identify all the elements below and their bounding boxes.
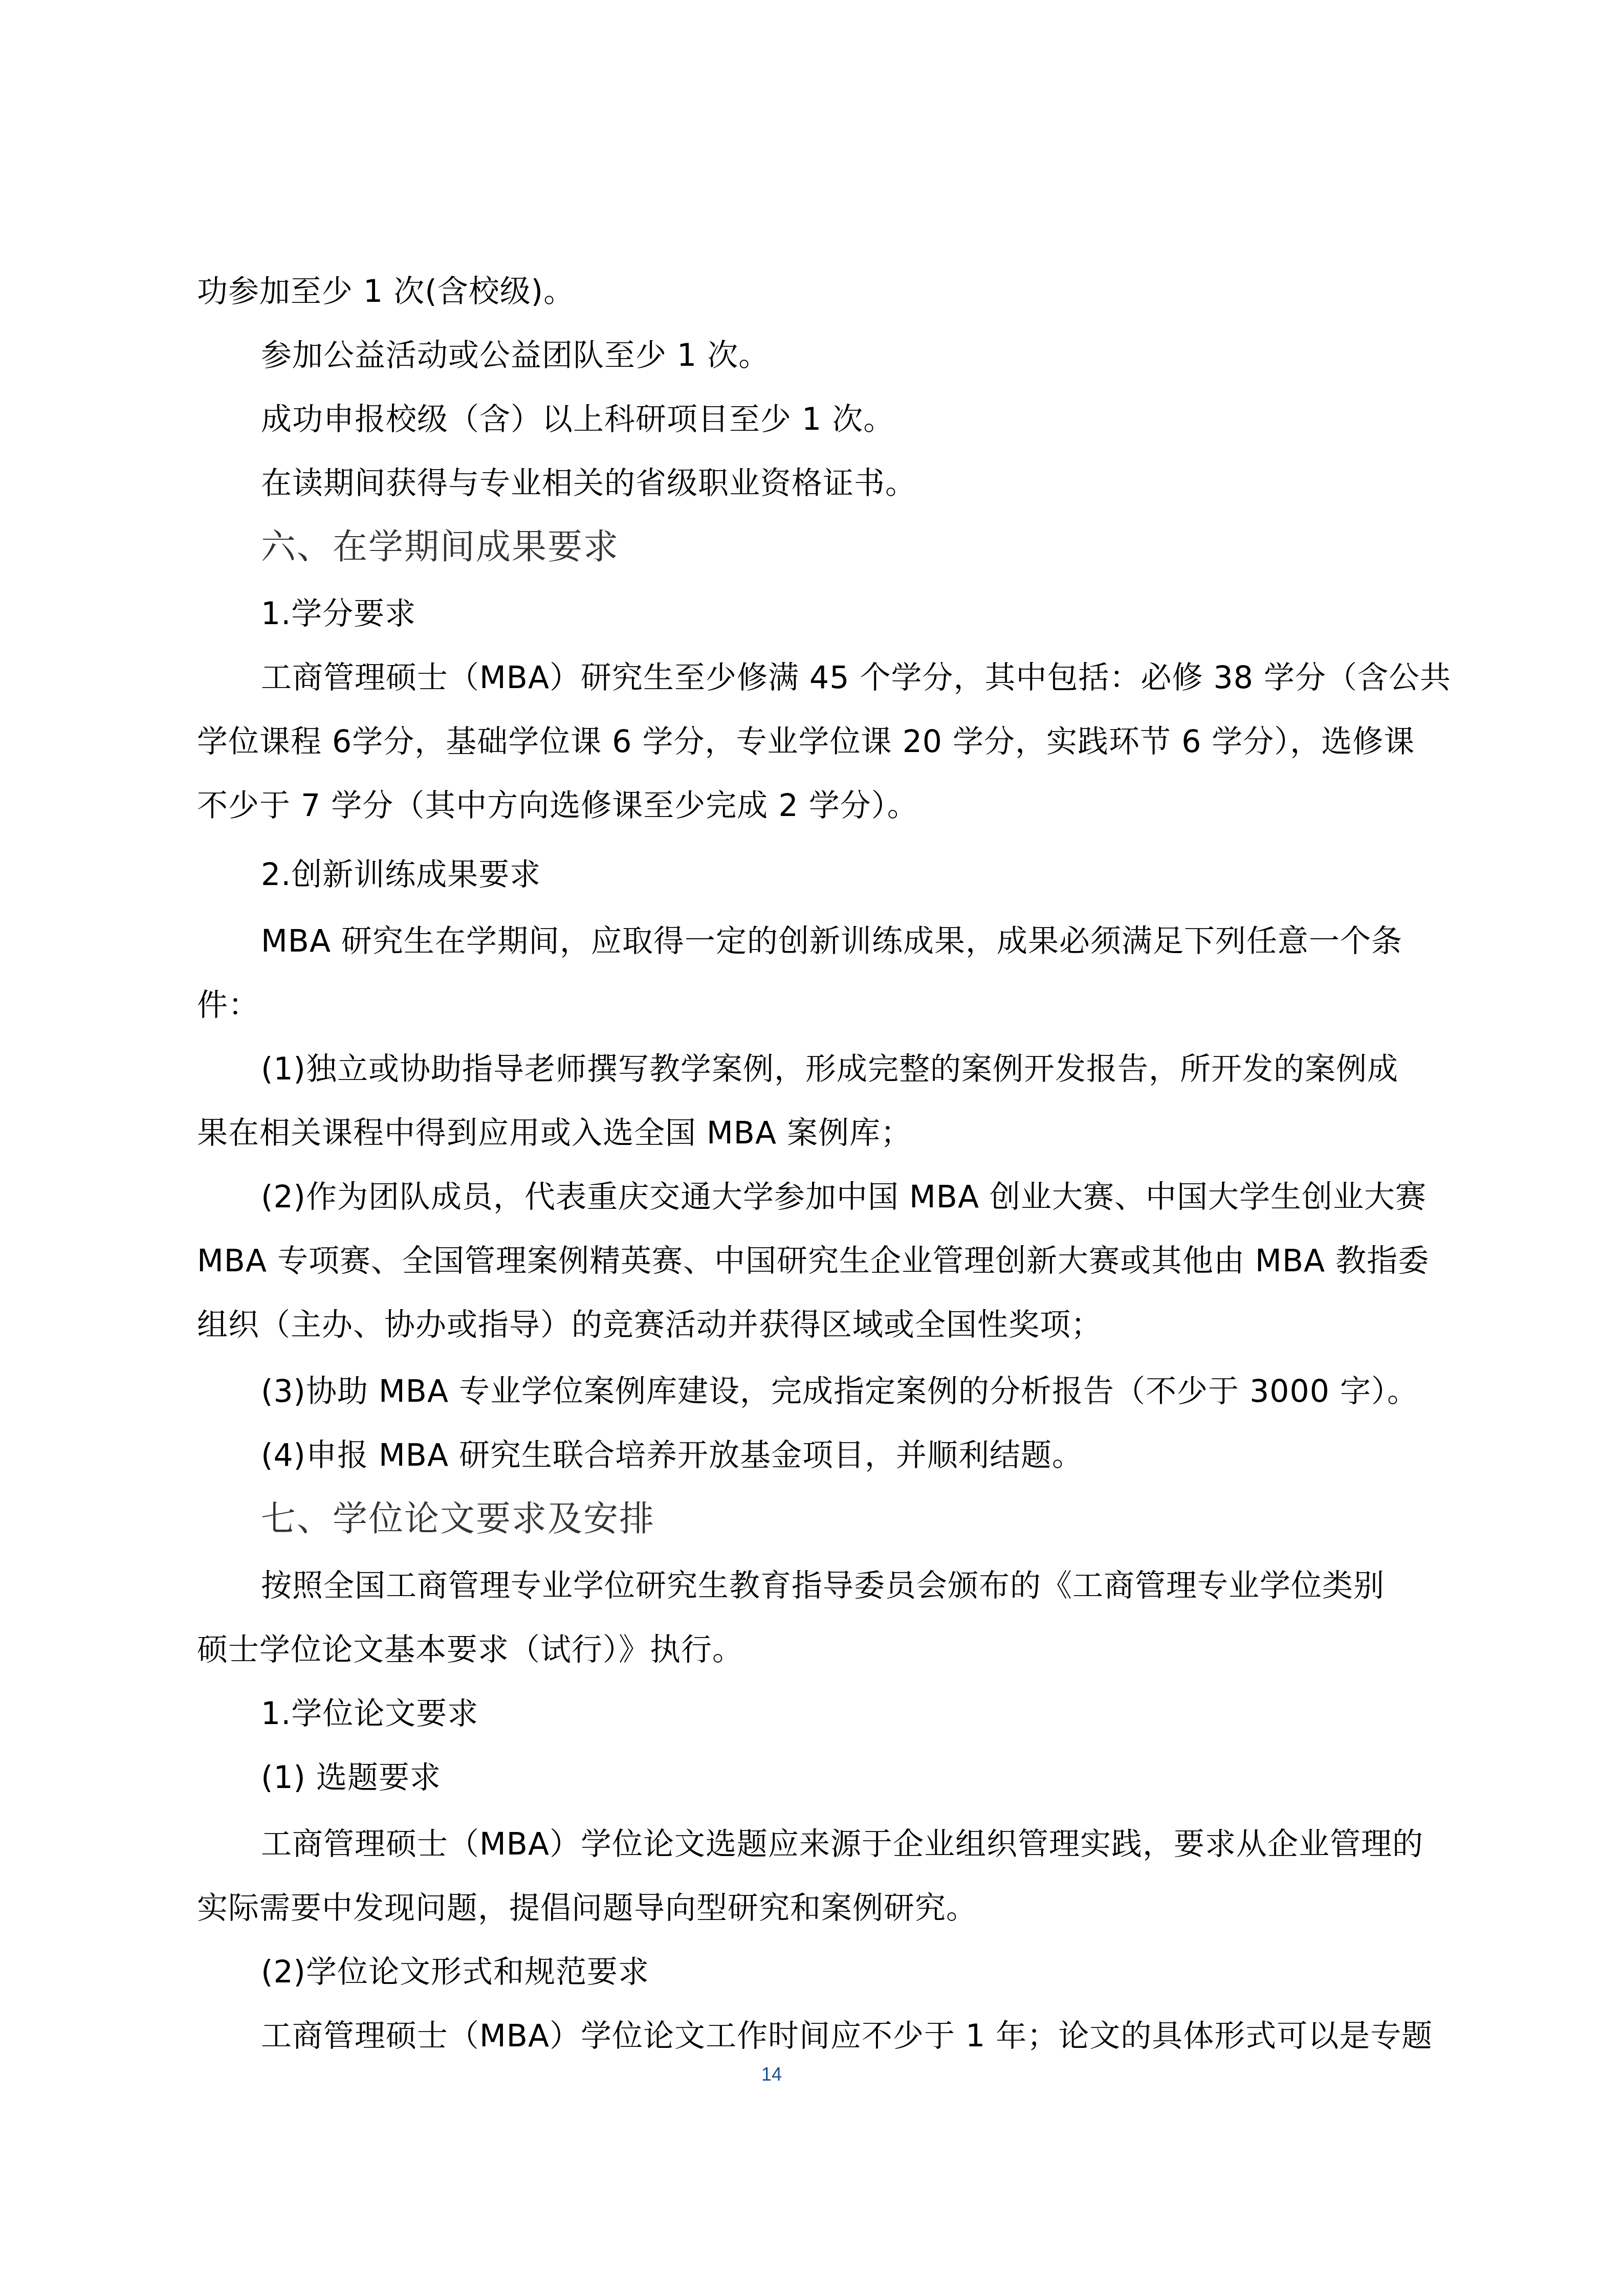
list-item-text: (2)作为团队成员，代表重庆交通大学参加中国 MBA 创业大赛、中国大学生创业大… — [261, 1177, 1499, 1218]
subsection-title: (1) 选题要求 — [261, 1757, 1499, 1798]
subsection-title: (2)学位论文形式和规范要求 — [261, 1952, 1499, 1993]
body-text-line: 实际需要中发现问题，提倡问题导向型研究和案例研究。 — [197, 1888, 1435, 1929]
body-text-line: 学位课程 6学分，基础学位课 6 学分，专业学位课 20 学分，实践环节 6 学… — [197, 721, 1435, 762]
list-item-text: 果在相关课程中得到应用或入选全国 MBA 案例库； — [197, 1113, 1435, 1154]
body-text-line: 硕士学位论文基本要求（试行）》执行。 — [197, 1629, 1435, 1670]
body-text-line: 工商管理硕士（MBA）研究生至少修满 45 个学分，其中包括：必修 38 学分（… — [261, 657, 1499, 698]
subsection-title: 1.学分要求 — [261, 593, 1499, 634]
list-item-text: 组织（主办、协办或指导）的竞赛活动并获得区域或全国性奖项； — [197, 1305, 1435, 1345]
body-text-line: 在读期间获得与专业相关的省级职业资格证书。 — [261, 463, 1499, 504]
list-item-text: (1)独立或协助指导老师撰写教学案例，形成完整的案例开发报告，所开发的案例成 — [261, 1049, 1499, 1090]
subsection-title: 2.创新训练成果要求 — [261, 854, 1499, 895]
section-heading: 六、在学期间成果要求 — [261, 527, 1499, 568]
body-text-line: 不少于 7 学分（其中方向选修课至少完成 2 学分）。 — [197, 785, 1435, 826]
body-text-line: 件： — [197, 985, 1435, 1026]
document-page: 功参加至少 1 次(含校级)。 参加公益活动或公益团队至少 1 次。 成功申报校… — [0, 0, 1623, 2296]
body-text-line: 工商管理硕士（MBA）学位论文选题应来源于企业组织管理实践，要求从企业管理的 — [261, 1824, 1499, 1865]
page-number: 14 — [761, 2064, 782, 2085]
body-text-line: 成功申报校级（含）以上科研项目至少 1 次。 — [261, 399, 1499, 440]
list-item-text: (4)申报 MBA 研究生联合培养开放基金项目，并顺利结题。 — [261, 1435, 1499, 1476]
list-item-text: (3)协助 MBA 专业学位案例库建设，完成指定案例的分析报告（不少于 3000… — [261, 1371, 1499, 1412]
body-text-line: 按照全国工商管理专业学位研究生教育指导委员会颁布的《工商管理专业学位类别 — [261, 1565, 1499, 1606]
body-text-line: 工商管理硕士（MBA）学位论文工作时间应不少于 1 年；论文的具体形式可以是专题 — [261, 2016, 1499, 2057]
body-text-line: 功参加至少 1 次(含校级)。 — [197, 271, 1435, 312]
subsection-title: 1.学位论文要求 — [261, 1693, 1499, 1734]
list-item-text: MBA 专项赛、全国管理案例精英赛、中国研究生企业管理创新大赛或其他由 MBA … — [197, 1241, 1435, 1282]
body-text-line: MBA 研究生在学期间，应取得一定的创新训练成果，成果必须满足下列任意一个条 — [261, 921, 1499, 962]
section-heading: 七、学位论文要求及安排 — [261, 1499, 1499, 1540]
body-text-line: 参加公益活动或公益团队至少 1 次。 — [261, 335, 1499, 376]
